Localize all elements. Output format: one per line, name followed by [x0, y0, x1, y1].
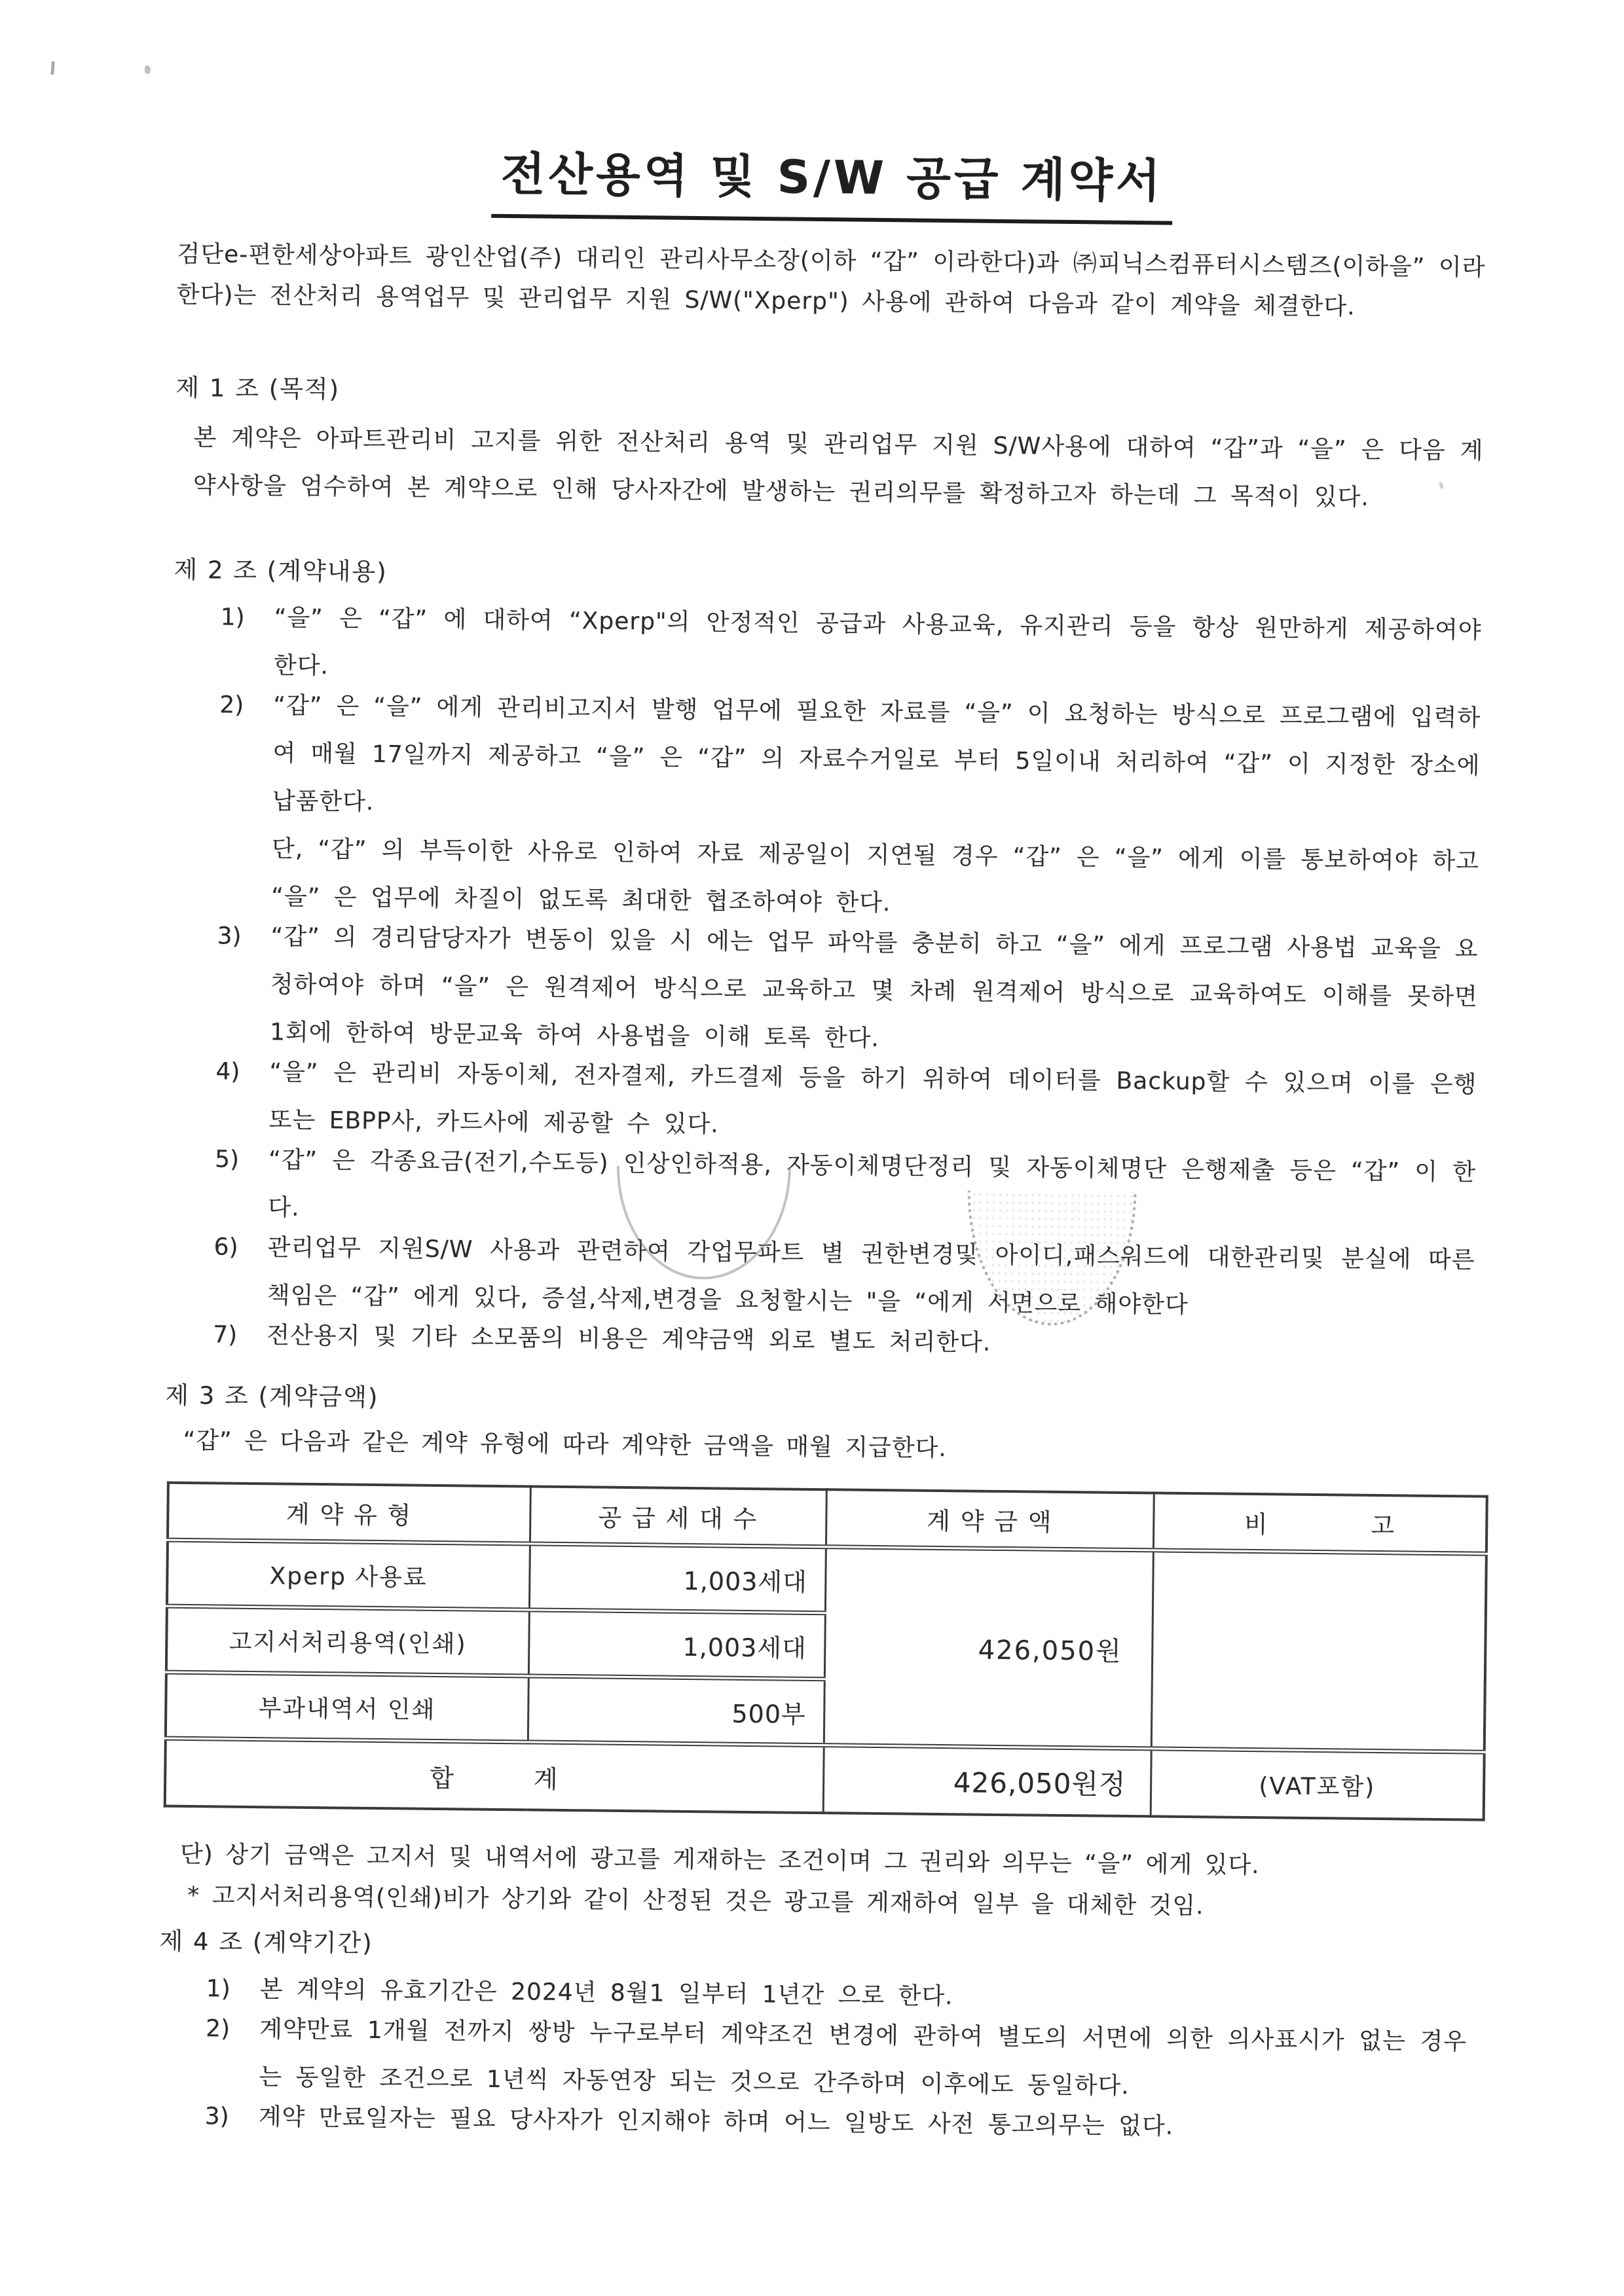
scanned-contract-page: 전산용역 및 S/W 공급 계약서 검단e-편한세상아파트 광인산업(주) 대리… — [0, 0, 1624, 2296]
list-item: 2) “갑” 은 “을” 에게 관리비고지서 발행 업무에 필요한 자료를 “을… — [217, 681, 1481, 933]
cell-type: Xperp 사용료 — [167, 1540, 530, 1610]
article1-heading: 제 1 조 (목적) — [175, 368, 1484, 417]
cell-type: 고지서처리용역(인쇄) — [166, 1606, 529, 1676]
item-number: 3) — [217, 912, 271, 960]
item-text: “갑” 은 “을” 에게 관리비고지서 발행 업무에 필요한 자료를 “을” 이… — [271, 682, 1481, 933]
item-number: 4) — [215, 1048, 270, 1096]
item-text: “갑” 의 경리담당자가 변동이 있을 시 에는 업무 파악를 충분히 하고 “… — [270, 913, 1479, 1068]
cell-total-label: 합 계 — [165, 1738, 824, 1813]
header-contract-amount: 계 약 금 액 — [826, 1489, 1154, 1550]
intro-paragraph: 검단e-편한세상아파트 광인산업(주) 대리인 관리사무소장(이하 “갑” 이라… — [177, 234, 1486, 329]
article4-heading: 제 4 조 (계약기간) — [159, 1922, 1467, 1971]
cell-remarks-merged — [1151, 1550, 1486, 1752]
cell-type: 부과내역서 인쇄 — [166, 1672, 528, 1742]
cell-vat-note: (VAT포함) — [1151, 1749, 1485, 1820]
document-content: 전산용역 및 S/W 공급 계약서 검단e-편한세상아파트 광인산업(주) 대리… — [0, 0, 1624, 2155]
item-number: 1) — [220, 593, 274, 642]
header-supplied-units: 공 급 세 대 수 — [530, 1486, 826, 1546]
cell-units: 1,003세대 — [529, 1544, 826, 1613]
article1-body: 본 계약은 아파트관리비 고지를 위한 전산처리 용역 및 관리업무 지원 S/… — [174, 414, 1483, 523]
cell-units: 1,003세대 — [528, 1610, 825, 1679]
title-row: 전산용역 및 S/W 공급 계약서 — [177, 134, 1486, 228]
article2-heading: 제 2 조 (계약내용) — [174, 550, 1482, 599]
item-number: 6) — [213, 1223, 268, 1271]
header-remarks: 비 고 — [1153, 1493, 1487, 1554]
article4-items: 1) 본 계약의 유효기간은 2024년 8월1 일부터 1년간 으로 한다. … — [157, 1965, 1467, 2154]
item-number: 3) — [204, 2092, 259, 2141]
cell-units: 500부 — [528, 1676, 824, 1745]
cell-total-amount: 426,050원정 — [823, 1745, 1151, 1817]
cell-amount-merged: 426,050원 — [824, 1547, 1153, 1749]
article3-body: “갑” 은 다음과 같은 계약 유형에 따라 계약한 금액을 매월 지급한다. — [164, 1420, 1473, 1476]
table-total-row: 합 계 426,050원정 (VAT포함) — [165, 1738, 1485, 1820]
item-number: 5) — [215, 1135, 269, 1184]
page-title: 전산용역 및 S/W 공급 계약서 — [491, 137, 1173, 225]
header-contract-type: 계 약 유 형 — [168, 1483, 530, 1544]
contract-amount-table: 계 약 유 형 공 급 세 대 수 계 약 금 액 비 고 Xperp 사용료 … — [164, 1482, 1488, 1821]
item-number: 7) — [213, 1311, 267, 1359]
article3-heading: 제 3 조 (계약금액) — [165, 1376, 1473, 1425]
item-number: 2) — [219, 681, 274, 729]
article2-items: 1) “을” 은 “갑” 에 대하여 “Xperp"의 안정적인 공급과 사용교… — [166, 593, 1482, 1372]
item-number: 2) — [206, 2005, 260, 2053]
list-item: 3) “갑” 의 경리담당자가 변동이 있을 시 에는 업무 파악를 충분히 하… — [216, 912, 1479, 1068]
